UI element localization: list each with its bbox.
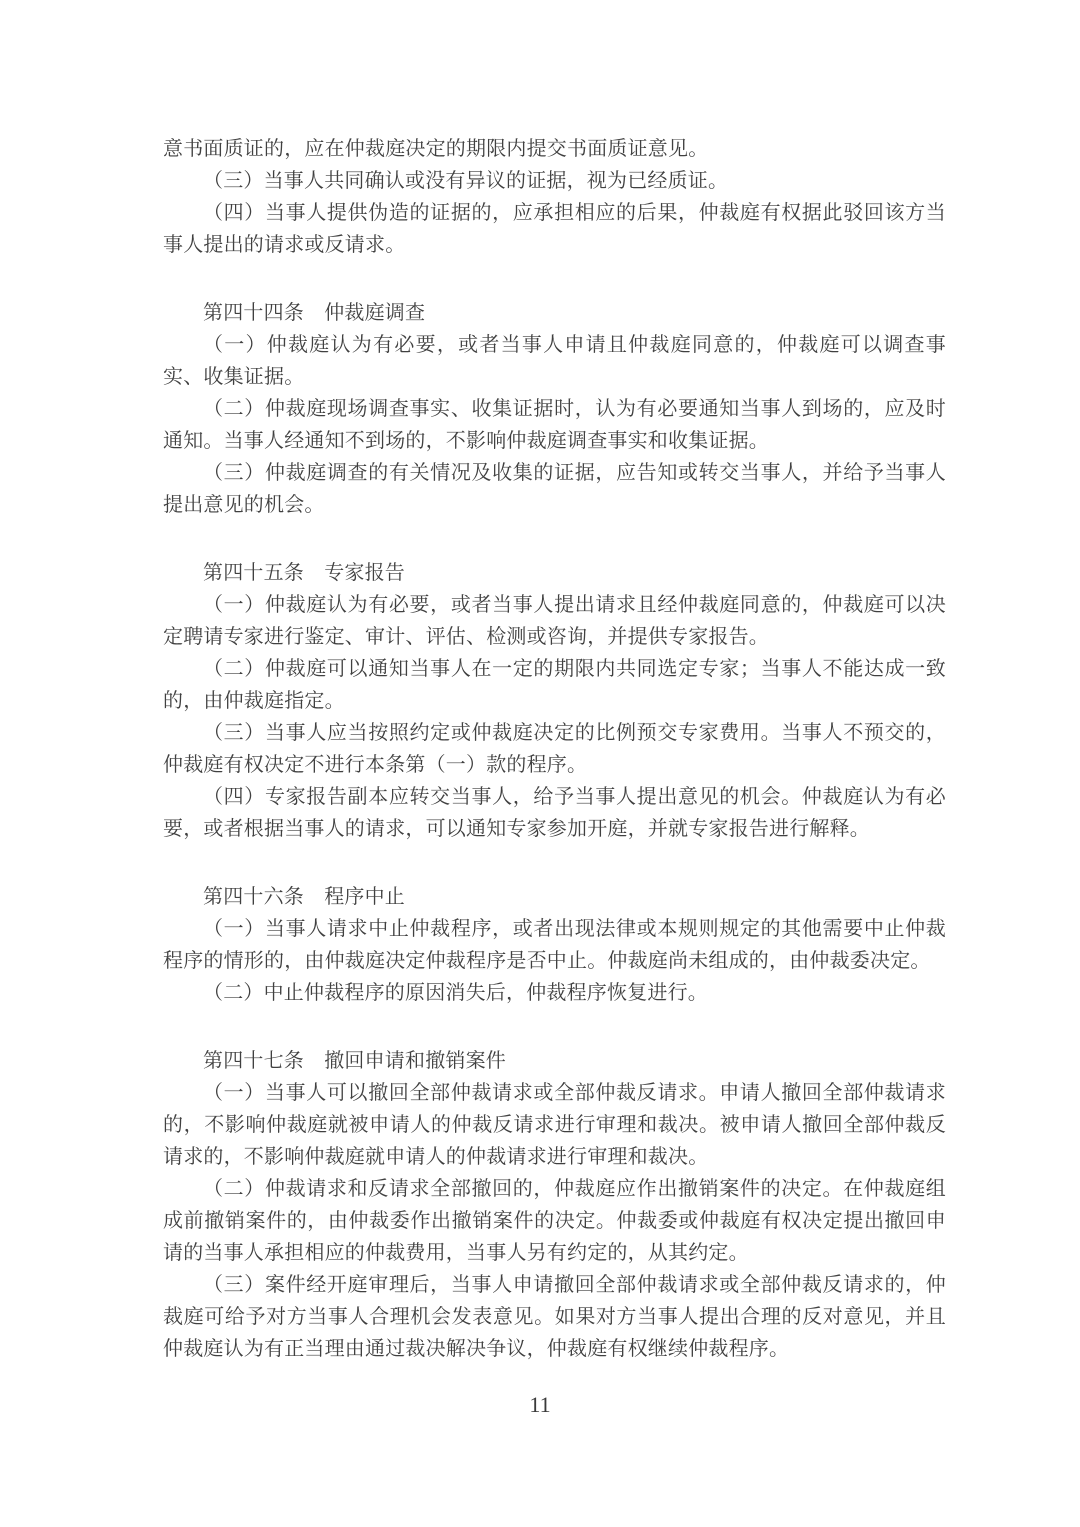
paragraph: （一）仲裁庭认为有必要，或者当事人申请且仲裁庭同意的，仲裁庭可以调查事实、收集证… (163, 329, 946, 393)
paragraph: （二）仲裁庭可以通知当事人在一定的期限内共同选定专家；当事人不能达成一致的，由仲… (163, 653, 946, 717)
paragraph: （一）当事人可以撤回全部仲裁请求或全部仲裁反请求。申请人撤回全部仲裁请求的，不影… (163, 1077, 946, 1173)
paragraph: （二）仲裁请求和反请求全部撤回的，仲裁庭应作出撤销案件的决定。在仲裁庭组成前撤销… (163, 1173, 946, 1269)
paragraph: （四）专家报告副本应转交当事人，给予当事人提出意见的机会。仲裁庭认为有必要，或者… (163, 781, 946, 845)
document-body: 意书面质证的，应在仲裁庭决定的期限内提交书面质证意见。 （三）当事人共同确认或没… (163, 133, 946, 1365)
paragraph: （三）当事人共同确认或没有异议的证据，视为已经质证。 (163, 165, 946, 197)
document-page: 意书面质证的，应在仲裁庭决定的期限内提交书面质证意见。 （三）当事人共同确认或没… (0, 0, 1080, 1527)
article-heading-47: 第四十七条 撤回申请和撤销案件 (163, 1045, 946, 1077)
article-heading-45: 第四十五条 专家报告 (163, 557, 946, 589)
paragraph: （四）当事人提供伪造的证据的，应承担相应的后果，仲裁庭有权据此驳回该方当事人提出… (163, 197, 946, 261)
paragraph: （三）案件经开庭审理后，当事人申请撤回全部仲裁请求或全部仲裁反请求的，仲裁庭可给… (163, 1269, 946, 1365)
page-number: 11 (0, 1392, 1080, 1418)
paragraph-continuation: 意书面质证的，应在仲裁庭决定的期限内提交书面质证意见。 (163, 133, 946, 165)
paragraph: （二）中止仲裁程序的原因消失后，仲裁程序恢复进行。 (163, 977, 946, 1009)
article-heading-44: 第四十四条 仲裁庭调查 (163, 297, 946, 329)
paragraph: （一）当事人请求中止仲裁程序，或者出现法律或本规则规定的其他需要中止仲裁程序的情… (163, 913, 946, 977)
paragraph: （三）仲裁庭调查的有关情况及收集的证据，应告知或转交当事人，并给予当事人提出意见… (163, 457, 946, 521)
paragraph: （二）仲裁庭现场调查事实、收集证据时，认为有必要通知当事人到场的，应及时通知。当… (163, 393, 946, 457)
paragraph: （三）当事人应当按照约定或仲裁庭决定的比例预交专家费用。当事人不预交的，仲裁庭有… (163, 717, 946, 781)
paragraph: （一）仲裁庭认为有必要，或者当事人提出请求且经仲裁庭同意的，仲裁庭可以决定聘请专… (163, 589, 946, 653)
article-heading-46: 第四十六条 程序中止 (163, 881, 946, 913)
